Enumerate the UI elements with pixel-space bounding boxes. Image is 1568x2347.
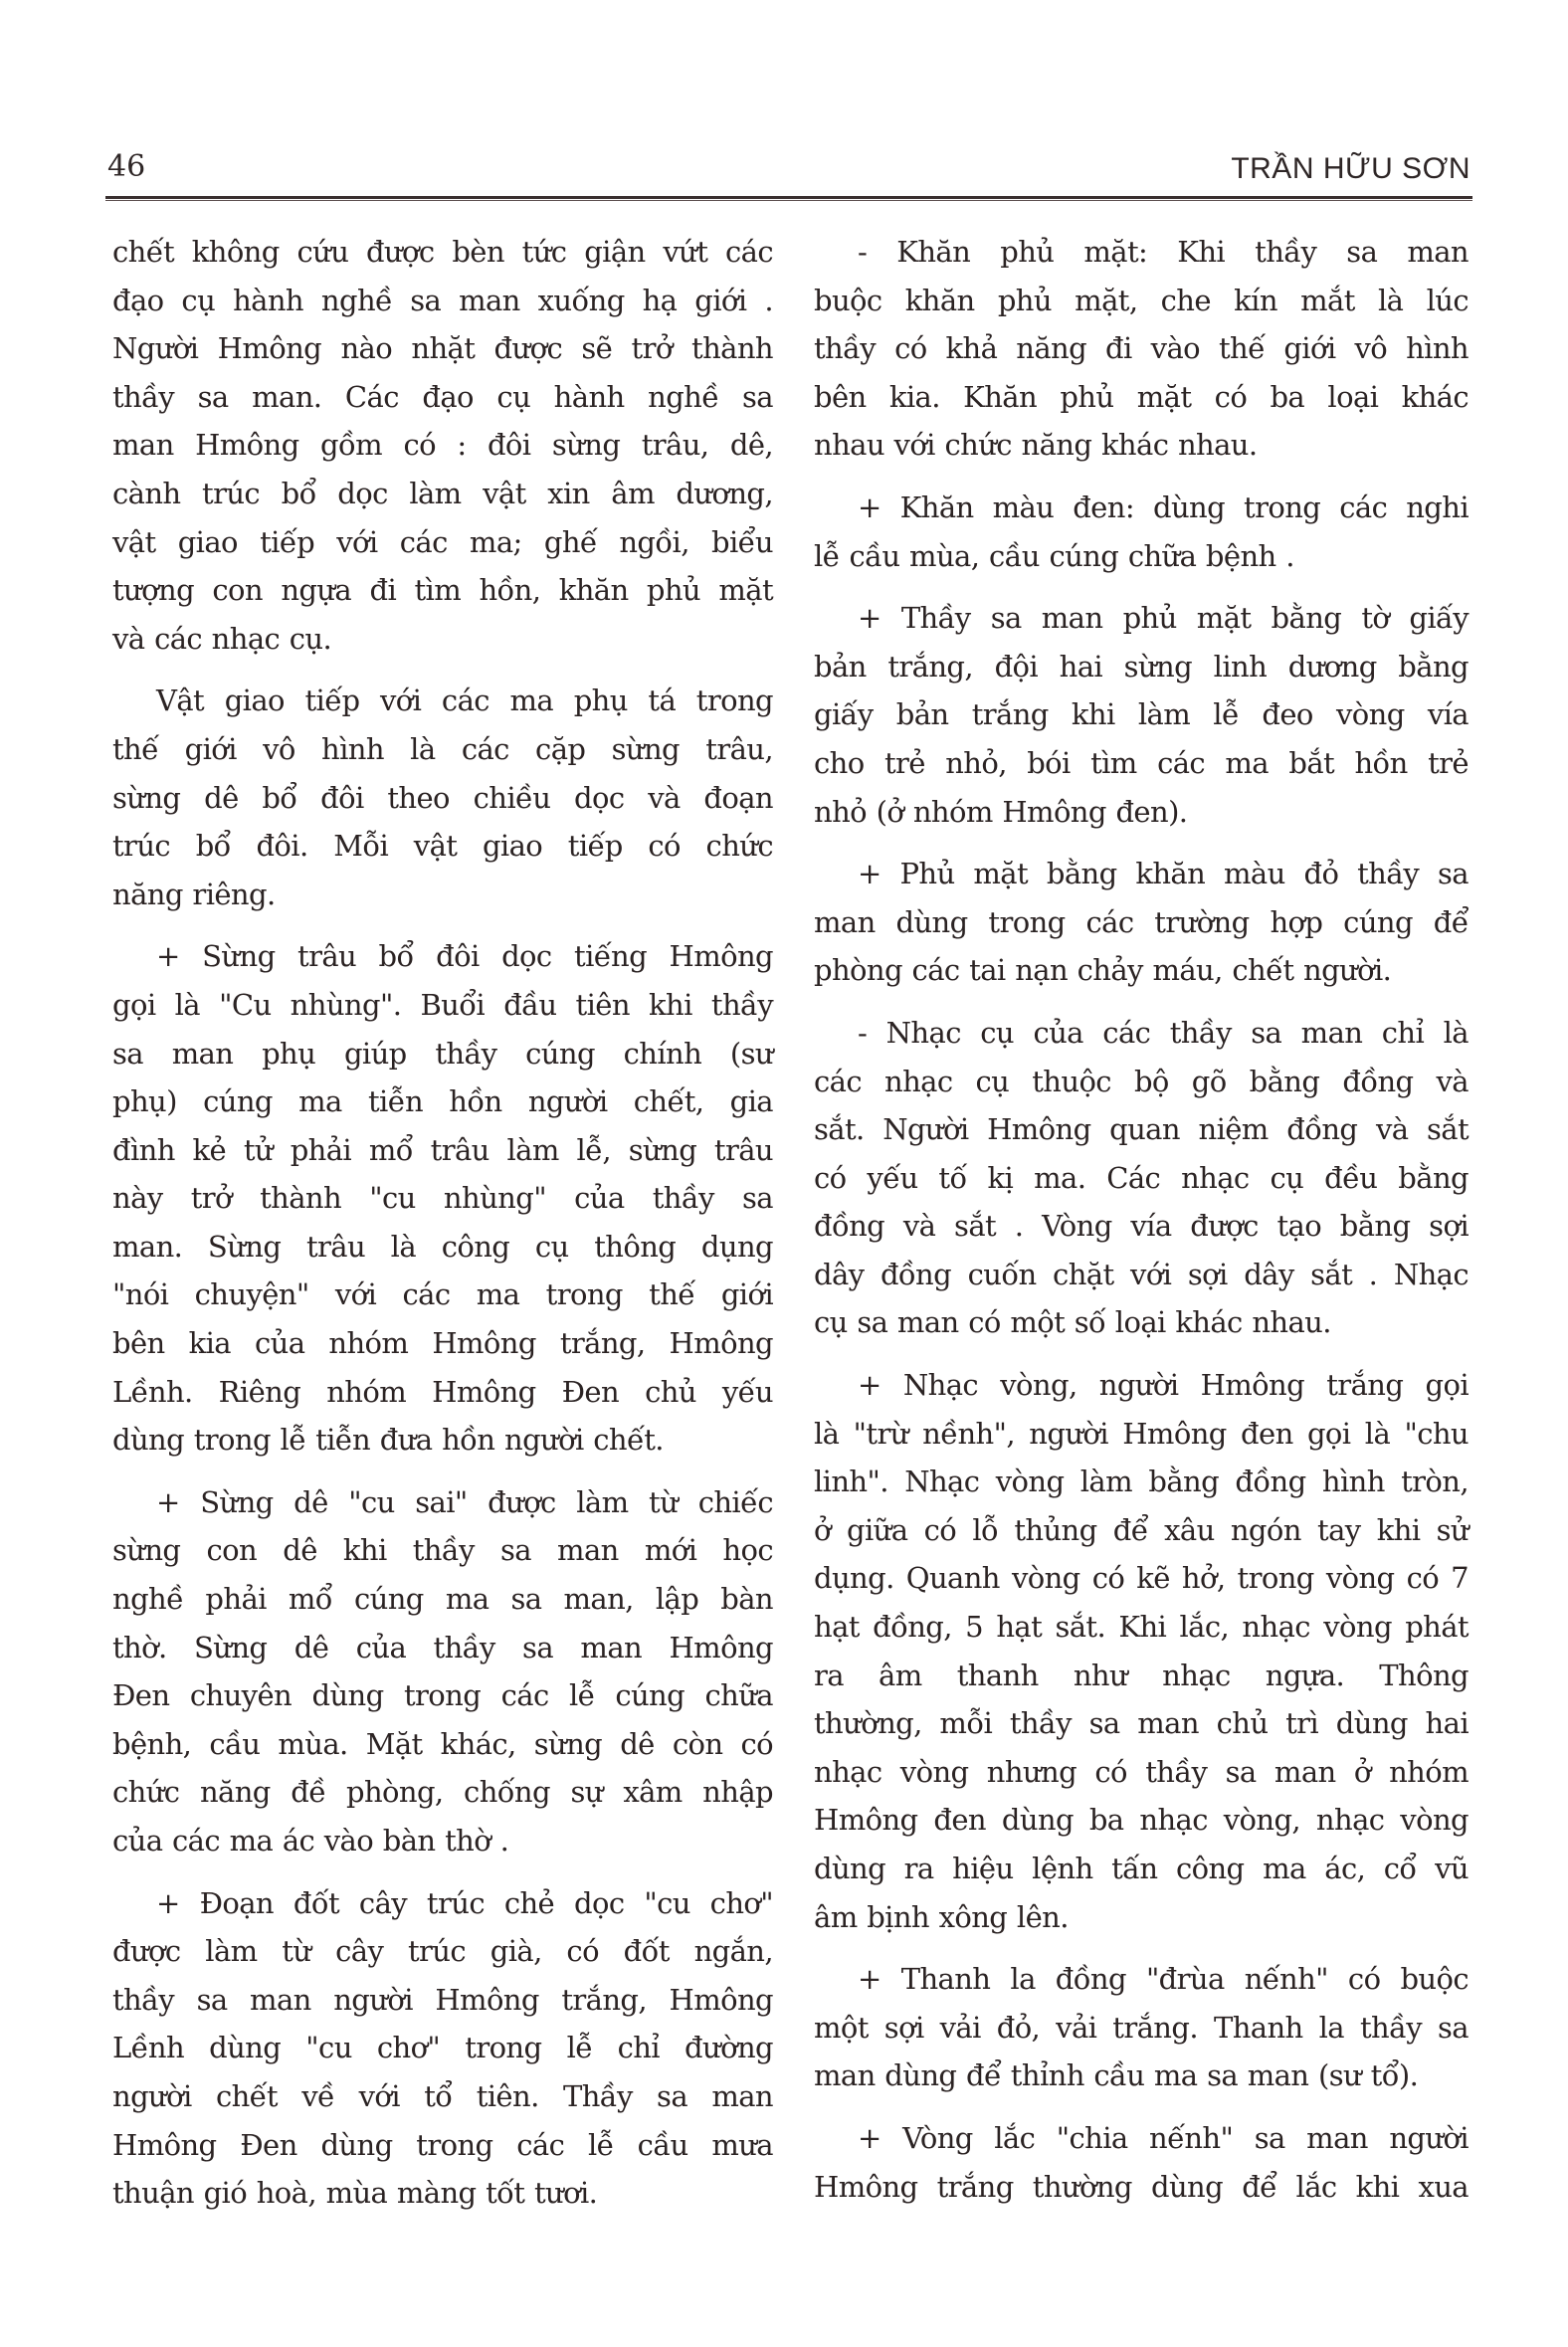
left-text-column: chết không cứu được bèn tức giận vứt các… [112, 228, 773, 2232]
text-line: nhạc vòng nhưng có thầy sa man ở nhóm [814, 1748, 1469, 1797]
text-line: sắt. Người Hmông quan niệm đồng và sắt [814, 1105, 1469, 1154]
text-line: - Nhạc cụ của các thầy sa man chỉ là [814, 1009, 1469, 1058]
paragraph: + Vòng lắc "chia nếnh" sa man ngườiHmông… [814, 2114, 1469, 2211]
text-line: lễ cầu mùa, cầu cúng chữa bệnh . [814, 532, 1469, 581]
text-line: trúc bổ đôi. Mỗi vật giao tiếp có chức [112, 822, 773, 871]
text-line: + Khăn màu đen: dùng trong các nghi [814, 484, 1469, 532]
text-line: vật giao tiếp với các ma; ghế ngồi, biểu [112, 518, 773, 567]
text-line: giấy bản trắng khi làm lễ đeo vòng vía [814, 690, 1469, 739]
text-line: âm bịnh xông lên. [814, 1893, 1469, 1942]
text-line: + Thanh la đồng "đrùa nếnh" có buộc [814, 1955, 1469, 2004]
text-line: bản trắng, đội hai sừng linh dương bằng [814, 643, 1469, 691]
paragraph: + Nhạc vòng, người Hmông trắng gọilà "tr… [814, 1361, 1469, 1941]
text-line: có yếu tố kị ma. Các nhạc cụ đều bằng [814, 1154, 1469, 1203]
text-line: đồng và sắt . Vòng vía được tạo bằng sợi [814, 1202, 1469, 1251]
paragraph: + Đoạn đốt cây trúc chẻ dọc "cu chơ"được… [112, 1879, 773, 2218]
text-line: nhỏ (ở nhóm Hmông đen). [814, 788, 1469, 837]
text-line: một sợi vải đỏ, vải trắng. Thanh la thầy… [814, 2004, 1469, 2053]
header-double-rule [105, 196, 1472, 201]
text-line: thuận gió hoà, mùa màng tốt tươi. [112, 2169, 773, 2218]
text-line: là "trừ nềnh", người Hmông đen gọi là "c… [814, 1410, 1469, 1459]
text-line: sừng con dê khi thầy sa man mới học [112, 1526, 773, 1575]
text-line: cành trúc bổ dọc làm vật xin âm dương, [112, 470, 773, 518]
text-line: Hmông đen dùng ba nhạc vòng, nhạc vòng [814, 1796, 1469, 1845]
text-line: thờ. Sừng dê của thầy sa man Hmông [112, 1624, 773, 1672]
text-line: dùng trong lễ tiễn đưa hồn người chết. [112, 1416, 773, 1465]
text-line: + Sừng trâu bổ đôi dọc tiếng Hmông [112, 932, 773, 981]
paragraph: + Sừng trâu bổ đôi dọc tiếng Hmônggọi là… [112, 932, 773, 1465]
text-line: Vật giao tiếp với các ma phụ tá trong [112, 677, 773, 725]
text-line: Hmông trắng thường dùng để lắc khi xua [814, 2163, 1469, 2212]
text-line: nhau với chức năng khác nhau. [814, 421, 1469, 470]
text-line: cho trẻ nhỏ, bói tìm các ma bắt hồn trẻ [814, 739, 1469, 788]
text-line: nghề phải mổ cúng ma sa man, lập bàn [112, 1575, 773, 1624]
text-line: Lềnh. Riêng nhóm Hmông Đen chủ yếu [112, 1368, 773, 1417]
text-line: thế giới vô hình là các cặp sừng trâu, [112, 725, 773, 774]
text-line: gọi là "Cu nhùng". Buổi đầu tiên khi thầ… [112, 981, 773, 1030]
text-line: thầy sa man người Hmông trắng, Hmông [112, 1976, 773, 2025]
paragraph: chết không cứu được bèn tức giận vứt các… [112, 228, 773, 663]
text-line: linh". Nhạc vòng làm bằng đồng hình tròn… [814, 1458, 1469, 1506]
text-line: đình kẻ tử phải mổ trâu làm lễ, sừng trâ… [112, 1126, 773, 1175]
text-line: các nhạc cụ thuộc bộ gõ bằng đồng và [814, 1058, 1469, 1106]
text-line: thầy sa man. Các đạo cụ hành nghề sa [112, 373, 773, 422]
paragraph: + Khăn màu đen: dùng trong các nghilễ cầ… [814, 484, 1469, 580]
text-line: chết không cứu được bèn tức giận vứt các [112, 228, 773, 277]
text-line: thường, mỗi thầy sa man chủ trì dùng hai [814, 1699, 1469, 1748]
text-line: sừng dê bổ đôi theo chiều dọc và đoạn [112, 774, 773, 823]
text-line: cụ sa man có một số loại khác nhau. [814, 1298, 1469, 1347]
text-line: man Hmông gồm có : đôi sừng trâu, dê, [112, 421, 773, 470]
text-line: + Nhạc vòng, người Hmông trắng gọi [814, 1361, 1469, 1410]
text-line: man dùng để thỉnh cầu ma sa man (sư tổ). [814, 2052, 1469, 2100]
text-line: ra âm thanh như nhạc ngựa. Thông [814, 1652, 1469, 1700]
text-line: + Phủ mặt bằng khăn màu đỏ thầy sa [814, 850, 1469, 898]
paragraph: - Nhạc cụ của các thầy sa man chỉ làcác … [814, 1009, 1469, 1347]
text-line: và các nhạc cụ. [112, 615, 773, 664]
text-line: người chết về với tổ tiên. Thầy sa man [112, 2072, 773, 2121]
text-line: dụng. Quanh vòng có kẽ hở, trong vòng có… [814, 1554, 1469, 1603]
text-line: buộc khăn phủ mặt, che kín mắt là lúc [814, 277, 1469, 325]
text-line: của các ma ác vào bàn thờ . [112, 1817, 773, 1865]
text-line: dây đồng cuốn chặt với sợi dây sắt . Nhạ… [814, 1251, 1469, 1299]
text-line: bên kia của nhóm Hmông trắng, Hmông [112, 1319, 773, 1368]
text-line: dùng ra hiệu lệnh tấn công ma ác, cổ vũ [814, 1845, 1469, 1893]
text-line: sa man phụ giúp thầy cúng chính (sư [112, 1030, 773, 1078]
text-line: Lềnh dùng "cu chơ" trong lễ chỉ đường [112, 2024, 773, 2072]
paragraph: + Phủ mặt bằng khăn màu đỏ thầy saman dù… [814, 850, 1469, 995]
text-line: bên kia. Khăn phủ mặt có ba loại khác [814, 373, 1469, 422]
text-line: được làm từ cây trúc già, có đốt ngắn, [112, 1927, 773, 1976]
right-text-column: - Khăn phủ mặt: Khi thầy sa manbuộc khăn… [814, 228, 1469, 2225]
text-line: tượng con ngựa đi tìm hồn, khăn phủ mặt [112, 566, 773, 615]
paragraph: Vật giao tiếp với các ma phụ tá trongthế… [112, 677, 773, 918]
text-line: phòng các tai nạn chảy máu, chết người. [814, 946, 1469, 995]
running-head-author: TRẦN HỮU SƠN [1231, 151, 1470, 187]
text-line: + Vòng lắc "chia nếnh" sa man người [814, 2114, 1469, 2163]
text-line: + Sừng dê "cu sai" được làm từ chiếc [112, 1478, 773, 1527]
text-line: ở giữa có lỗ thủng để xâu ngón tay khi s… [814, 1506, 1469, 1555]
page-number: 46 [107, 149, 145, 185]
paragraph: - Khăn phủ mặt: Khi thầy sa manbuộc khăn… [814, 228, 1469, 470]
text-line: này trở thành "cu nhùng" của thầy sa [112, 1174, 773, 1223]
text-line: Đen chuyên dùng trong các lễ cúng chữa [112, 1671, 773, 1720]
text-line: hạt đồng, 5 hạt sắt. Khi lắc, nhạc vòng … [814, 1603, 1469, 1652]
text-line: bệnh, cầu mùa. Mặt khác, sừng dê còn có [112, 1720, 773, 1769]
paragraph: + Sừng dê "cu sai" được làm từ chiếcsừng… [112, 1478, 773, 1865]
text-line: Hmông Đen dùng trong các lễ cầu mưa [112, 2121, 773, 2170]
text-line: chức năng đề phòng, chống sự xâm nhập [112, 1768, 773, 1817]
text-line: man. Sừng trâu là công cụ thông dụng [112, 1223, 773, 1271]
text-line: năng riêng. [112, 871, 773, 919]
text-line: "nói chuyện" với các ma trong thế giới [112, 1271, 773, 1319]
text-line: đạo cụ hành nghề sa man xuống hạ giới . [112, 277, 773, 325]
paragraph: + Thầy sa man phủ mặt bằng tờ giấybản tr… [814, 594, 1469, 836]
text-line: + Thầy sa man phủ mặt bằng tờ giấy [814, 594, 1469, 643]
text-line: thầy có khả năng đi vào thế giới vô hình [814, 324, 1469, 373]
page-header: 46 TRẦN HỮU SƠN [107, 149, 1470, 193]
text-line: - Khăn phủ mặt: Khi thầy sa man [814, 228, 1469, 277]
text-line: Người Hmông nào nhặt được sẽ trở thành [112, 324, 773, 373]
text-line: + Đoạn đốt cây trúc chẻ dọc "cu chơ" [112, 1879, 773, 1928]
text-line: phụ) cúng ma tiễn hồn người chết, gia [112, 1077, 773, 1126]
text-line: man dùng trong các trường hợp cúng để [814, 898, 1469, 947]
paragraph: + Thanh la đồng "đrùa nếnh" có buộcmột s… [814, 1955, 1469, 2100]
